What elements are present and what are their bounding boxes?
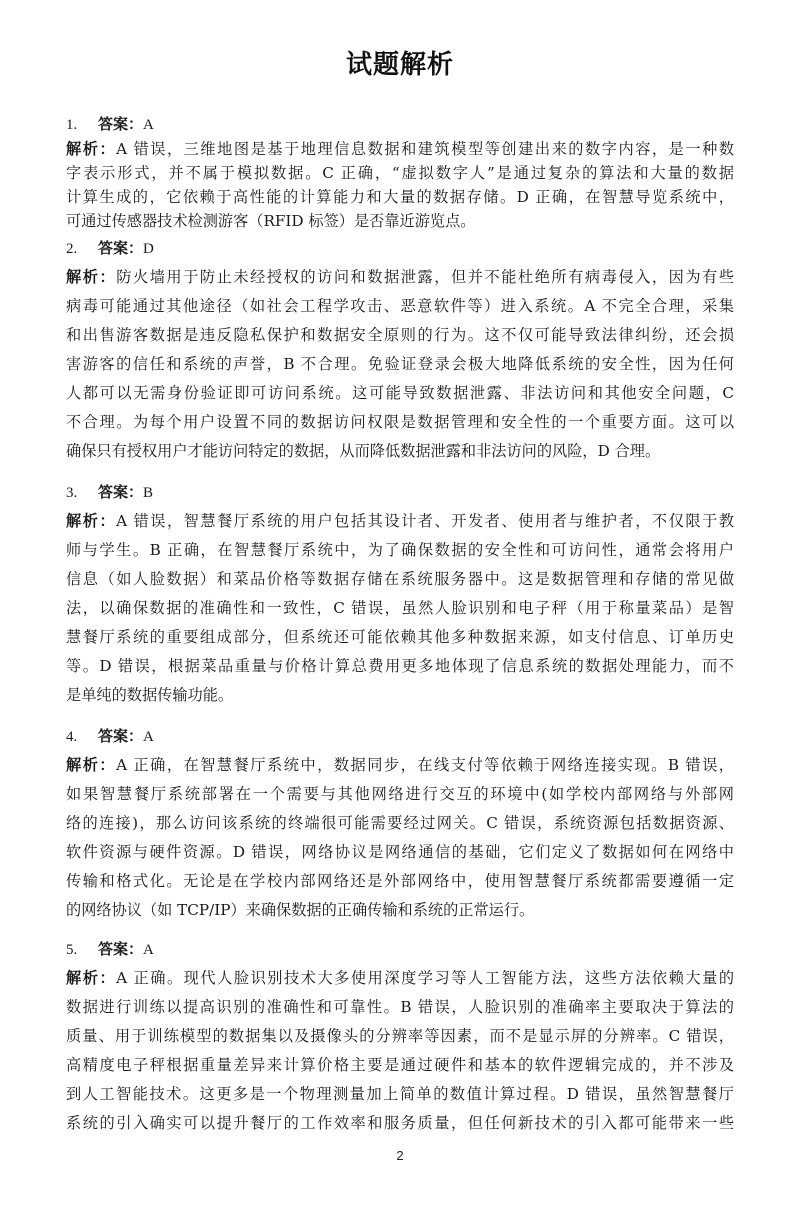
analysis-line: 字表示形式，并不属于模拟数据。C 正确，“虚拟数字人”是通过复杂的算法和大量的数… — [66, 162, 734, 184]
analysis-line: 是单纯的数据传输功能。 — [66, 684, 734, 706]
answer-label: 答案： — [98, 940, 143, 958]
question-number: 4. — [66, 726, 98, 748]
analysis-line: 络的连接)，那么访问该系统的终端很可能需要经过网关。C 错误，系统资源包括数据资… — [66, 812, 734, 834]
analysis-line: 信息（如人脸数据）和菜品价格等数据存储在系统服务器中。这是数据管理和存储的常见做 — [66, 568, 734, 590]
analysis-line: 不合理。为每个用户设置不同的数据访问权限是数据管理和安全性的一个重要方面。这可以 — [66, 411, 734, 433]
analysis-line: 高精度电子秤根据重量差异来计算价格主要是通过硬件和基本的软件逻辑完成的，并不涉及 — [66, 1054, 734, 1076]
answer-label: 答案： — [98, 727, 143, 745]
page-number: 2 — [0, 1148, 800, 1163]
question-number: 3. — [66, 482, 98, 504]
analysis-line: 害游客的信任和系统的声誉，B 不合理。免验证登录会极大地降低系统的安全性，因为任… — [66, 353, 734, 375]
analysis-line: 病毒可能通过其他途径（如社会工程学攻击、恶意软件等）进入系统。A 不完全合理，采… — [66, 295, 734, 317]
analysis-label: 解析： — [66, 756, 116, 774]
analysis-label: 解析： — [66, 512, 116, 530]
analysis-line: 可通过传感器技术检测游客（RFID 标签）是否靠近游览点。 — [66, 210, 734, 232]
analysis-line: 的网络协议（如 TCP/IP）来确保数据的正确传输和系统的正常运行。 — [66, 899, 734, 921]
question-number: 5. — [66, 939, 98, 961]
question-number: 1. — [66, 114, 98, 136]
answer-heading-5: 5.答案：A — [66, 938, 734, 960]
answer-heading-1: 1.答案：A — [66, 113, 734, 135]
analysis-label: 解析： — [66, 969, 116, 987]
analysis-line: 和出售游客数据是违反隐私保护和数据安全原则的行为。这不仅可能导致法律纠纷，还会损 — [66, 324, 734, 346]
answer-label: 答案： — [98, 239, 143, 257]
analysis-line: 解析：A 错误，三维地图是基于地理信息数据和建筑模型等创建出来的数字内容，是一种… — [66, 138, 734, 160]
answer-label: 答案： — [98, 115, 143, 133]
analysis-label: 解析： — [66, 268, 116, 286]
answer-heading-4: 4.答案：A — [66, 725, 734, 747]
question-number: 2. — [66, 238, 98, 260]
answer-value: B — [143, 485, 153, 501]
analysis-line: 人都可以无需身份验证即可访问系统。这可能导致数据泄露、非法访问和其他安全问题，C — [66, 382, 734, 404]
analysis-line: 传输和格式化。无论是在学校内部网络还是外部网络中，使用智慧餐厅系统都需要遵循一定 — [66, 870, 734, 892]
analysis-line: 师与学生。B 正确，在智慧餐厅系统中，为了确保数据的安全性和可访问性，通常会将用… — [66, 539, 734, 561]
analysis-line: 软件资源与硬件资源。D 错误，网络协议是网络通信的基础，它们定义了数据如何在网络… — [66, 841, 734, 863]
answer-value: A — [143, 117, 154, 133]
answer-value: A — [143, 729, 154, 745]
analysis-line: 数据进行训练以提高识别的准确性和可靠性。B 错误，人脸识别的准确率主要取决于算法… — [66, 996, 734, 1018]
answer-heading-2: 2.答案：D — [66, 237, 734, 259]
answer-value: D — [143, 241, 154, 257]
analysis-line: 系统的引入确实可以提升餐厅的工作效率和服务质量，但任何新技术的引入都可能带来一些 — [66, 1112, 734, 1134]
analysis-line: 解析：A 错误，智慧餐厅系统的用户包括其设计者、开发者、使用者与维护者，不仅限于… — [66, 510, 734, 532]
analysis-line: 解析：防火墙用于防止未经授权的访问和数据泄露，但并不能杜绝所有病毒侵入，因为有些 — [66, 266, 734, 288]
analysis-line: 法，以确保数据的准确性和一致性，C 错误，虽然人脸识别和电子秤（用于称量菜品）是… — [66, 597, 734, 619]
analysis-line: 质量、用于训练模型的数据集以及摄像头的分辨率等因素，而不是显示屏的分辨率。C 错… — [66, 1025, 734, 1047]
analysis-line: 如果智慧餐厅系统部署在一个需要与其他网络进行交互的环境中(如学校内部网络与外部网 — [66, 783, 734, 805]
analysis-label: 解析： — [66, 140, 116, 158]
page-title: 试题解析 — [0, 44, 800, 81]
answer-value: A — [143, 942, 154, 958]
analysis-line: 到人工智能技术。这更多是一个物理测量加上简单的数值计算过程。D 错误，虽然智慧餐… — [66, 1083, 734, 1105]
answer-heading-3: 3.答案：B — [66, 481, 734, 503]
analysis-line: 解析：A 正确。现代人脸识别技术大多使用深度学习等人工智能方法，这些方法依赖大量… — [66, 967, 734, 989]
analysis-line: 等。D 错误，根据菜品重量与价格计算总费用更多地体现了信息系统的数据处理能力，而… — [66, 655, 734, 677]
answer-label: 答案： — [98, 483, 143, 501]
analysis-line: 慧餐厅系统的重要组成部分，但系统还可能依赖其他多种数据来源，如支付信息、订单历史 — [66, 626, 734, 648]
analysis-line: 解析：A 正确，在智慧餐厅系统中，数据同步，在线支付等依赖于网络连接实现。B 错… — [66, 754, 734, 776]
analysis-line: 确保只有授权用户才能访问特定的数据，从而降低数据泄露和非法访问的风险，D 合理。 — [66, 440, 734, 462]
analysis-line: 计算生成的，它依赖于高性能的计算能力和大量的数据存储。D 正确，在智慧导览系统中… — [66, 186, 734, 208]
